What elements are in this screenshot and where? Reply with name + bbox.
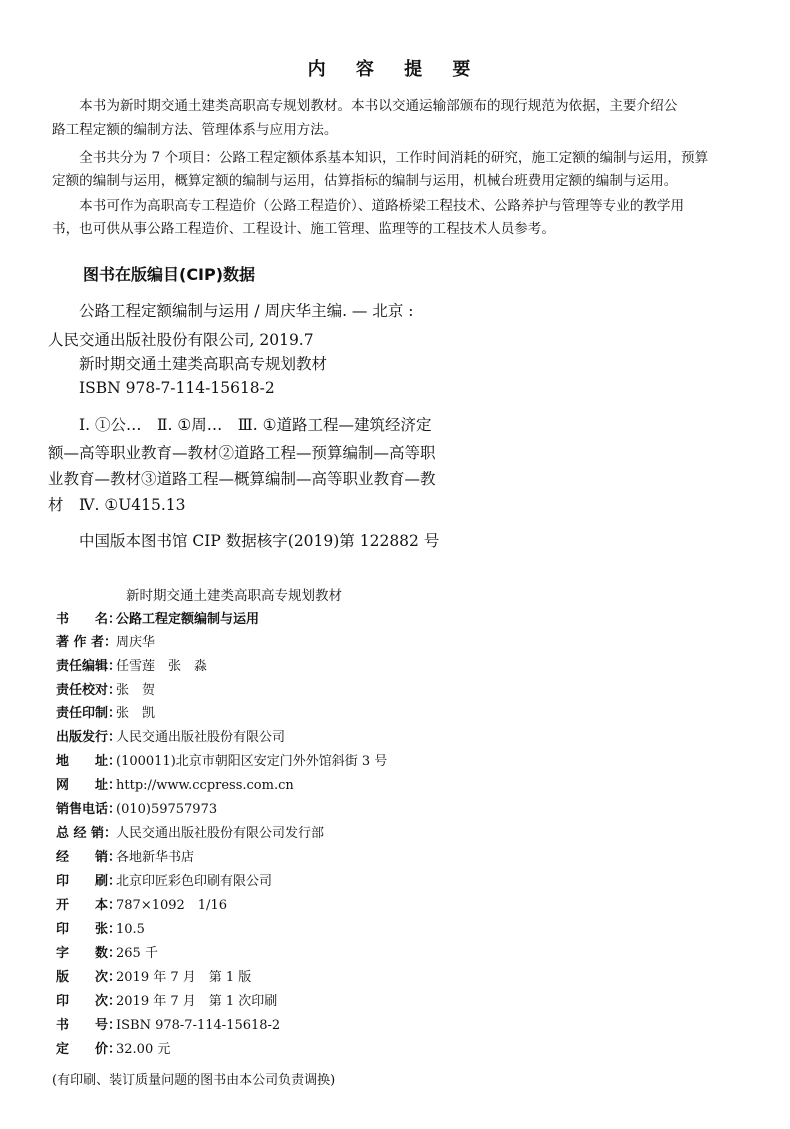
colophon-value: http://www.ccpress.com.cn xyxy=(116,778,294,793)
colophon-label: 责任印制： xyxy=(56,702,116,721)
colophon-value: 北京印匠彩色印刷有限公司 xyxy=(116,874,272,889)
colophon-value: 787×1092 1/16 xyxy=(116,898,227,913)
colophon-value: 任雪莲 张 淼 xyxy=(116,659,207,674)
summary-line: 书，也可供从事公路工程造价、工程设计、施工管理、监理等的工程技术人员参考。 xyxy=(52,217,555,237)
colophon-label: 出版发行： xyxy=(56,726,116,745)
colophon-label: 印 刷： xyxy=(56,870,116,889)
colophon-label: 地 址： xyxy=(56,750,116,769)
cip-heading: 图书在版编目(CIP)数据 xyxy=(83,262,255,285)
colophon-value: 张 贺 xyxy=(116,683,155,698)
colophon-row: 网 址：http://www.ccpress.com.cn xyxy=(56,774,294,793)
colophon-row: 销售电话：(010)59757973 xyxy=(56,798,217,817)
colophon-label: 定 价： xyxy=(56,1038,116,1057)
colophon-row: 责任校对：张 贺 xyxy=(56,679,155,698)
colophon-label: 字 数： xyxy=(56,942,116,961)
colophon-value: 265 千 xyxy=(116,946,158,961)
colophon-value: 公路工程定额编制与运用 xyxy=(116,612,259,627)
colophon-row: 总 经 销：人民交通出版社股份有限公司发行部 xyxy=(56,822,324,841)
colophon-row: 著 作 者：周庆华 xyxy=(56,631,155,650)
cip-line: 业教育—教材③道路工程—概算编制—高等职业教育—教 xyxy=(48,467,436,489)
colophon-row: 字 数：265 千 xyxy=(56,942,158,961)
colophon-row: 印 次：2019 年 7 月 第 1 次印刷 xyxy=(56,990,277,1009)
colophon-row: 定 价：32.00 元 xyxy=(56,1038,170,1057)
cip-line: Ⅰ. ①公… Ⅱ. ①周… Ⅲ. ①道路工程—建筑经济定 xyxy=(48,413,431,435)
colophon-value: 各地新华书店 xyxy=(116,850,194,865)
colophon-value: 周庆华 xyxy=(116,635,155,650)
quality-note: (有印刷、装订质量问题的图书由本公司负责调换) xyxy=(52,1069,335,1088)
colophon-value: 10.5 xyxy=(116,922,145,937)
colophon-value: 张 凯 xyxy=(116,706,155,721)
summary-line: 定额的编制与运用，概算定额的编制与运用，估算指标的编制与运用，机械台班费用定额的… xyxy=(52,169,677,189)
colophon-row: 出版发行：人民交通出版社股份有限公司 xyxy=(56,726,285,745)
colophon-value: 人民交通出版社股份有限公司发行部 xyxy=(116,826,324,841)
colophon-row: 经 销：各地新华书店 xyxy=(56,846,194,865)
colophon-label: 责任校对： xyxy=(56,679,116,698)
colophon-value: (100011)北京市朝阳区安定门外外馆斜街 3 号 xyxy=(116,754,387,769)
summary-title: 内 容 提 要 xyxy=(0,55,790,81)
colophon-label: 销售电话： xyxy=(56,798,116,817)
colophon-value: ISBN 978-7-114-15618-2 xyxy=(116,1018,280,1033)
colophon-label: 书 号： xyxy=(56,1014,116,1033)
summary-line: 路工程定额的编制方法、管理体系与应用方法。 xyxy=(52,118,337,138)
cip-line: ISBN 978-7-114-15618-2 xyxy=(48,376,275,398)
colophon-label: 总 经 销： xyxy=(56,822,116,841)
colophon-label: 印 张： xyxy=(56,918,116,937)
colophon-row: 责任编辑：任雪莲 张 淼 xyxy=(56,655,207,674)
colophon-row: 版 次：2019 年 7 月 第 1 版 xyxy=(56,966,251,985)
series-name: 新时期交通土建类高职高专规划教材 xyxy=(126,584,342,604)
colophon-label: 书 名： xyxy=(56,608,116,627)
summary-line: 本书为新时期交通土建类高职高专规划教材。本书以交通运输部颁布的现行规范为依据，主… xyxy=(52,94,677,114)
cip-line: 额—高等职业教育—教材②道路工程—预算编制—高等职 xyxy=(48,441,436,463)
colophon-row: 书 号：ISBN 978-7-114-15618-2 xyxy=(56,1014,280,1033)
colophon-value: 2019 年 7 月 第 1 版 xyxy=(116,970,251,985)
colophon-value: 人民交通出版社股份有限公司 xyxy=(116,730,285,745)
colophon-label: 开 本： xyxy=(56,894,116,913)
cip-line: 材 Ⅳ. ①U415.13 xyxy=(48,493,186,515)
colophon-label: 网 址： xyxy=(56,774,116,793)
cip-line: 新时期交通土建类高职高专规划教材 xyxy=(48,352,327,374)
cip-line: 中国版本图书馆 CIP 数据核字(2019)第 122882 号 xyxy=(48,529,439,551)
cip-line: 人民交通出版社股份有限公司, 2019.7 xyxy=(48,328,314,350)
colophon-row: 责任印制：张 凯 xyxy=(56,702,155,721)
colophon-value: (010)59757973 xyxy=(116,802,217,817)
colophon-value: 32.00 元 xyxy=(116,1042,170,1057)
colophon-row: 开 本：787×1092 1/16 xyxy=(56,894,227,913)
colophon-label: 版 次： xyxy=(56,966,116,985)
colophon-label: 责任编辑： xyxy=(56,655,116,674)
colophon-row: 地 址：(100011)北京市朝阳区安定门外外馆斜街 3 号 xyxy=(56,750,387,769)
colophon-label: 印 次： xyxy=(56,990,116,1009)
colophon-row: 印 张：10.5 xyxy=(56,918,145,937)
colophon-row: 印 刷：北京印匠彩色印刷有限公司 xyxy=(56,870,272,889)
cip-line: 公路工程定额编制与运用 / 周庆华主编. — 北京 : xyxy=(48,299,414,321)
summary-line: 本书可作为高职高专工程造价（公路工程造价）、道路桥梁工程技术、公路养护与管理等专… xyxy=(52,194,684,214)
colophon-row: 书 名：公路工程定额编制与运用 xyxy=(56,608,259,627)
colophon-label: 经 销： xyxy=(56,846,116,865)
summary-line: 全书共分为 7 个项目：公路工程定额体系基本知识，工作时间消耗的研究，施工定额的… xyxy=(52,146,708,166)
colophon-value: 2019 年 7 月 第 1 次印刷 xyxy=(116,994,277,1009)
colophon-label: 著 作 者： xyxy=(56,631,116,650)
